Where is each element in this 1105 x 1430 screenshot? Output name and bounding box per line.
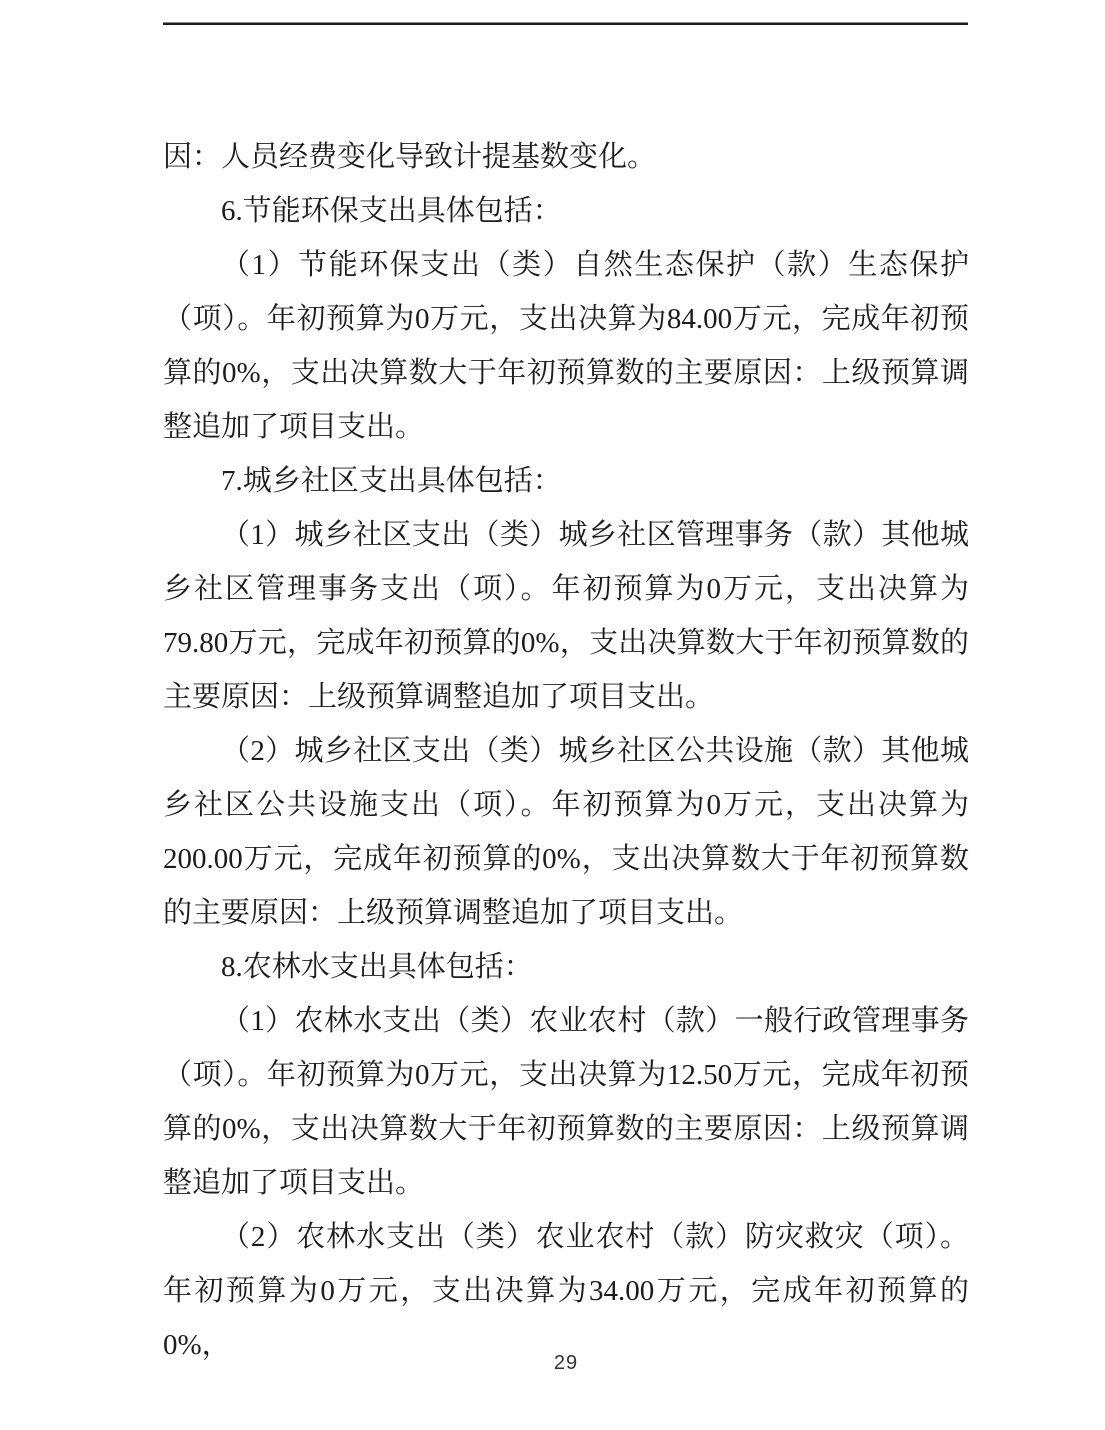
header-rule (163, 22, 968, 25)
paragraph: （2）城乡社区支出（类）城乡社区公共设施（款）其他城乡社区公共设施支出（项）。年… (163, 724, 969, 940)
paragraph: 7.城乡社区支出具体包括： (163, 454, 969, 508)
page-footer: 29 (163, 1352, 969, 1375)
page-number: 29 (554, 1352, 578, 1374)
paragraph: （1）城乡社区支出（类）城乡社区管理事务（款）其他城乡社区管理事务支出（项）。年… (163, 508, 969, 724)
document-body: 因：人员经费变化导致计提基数变化。6.节能环保支出具体包括：（1）节能环保支出（… (163, 130, 969, 1372)
paragraph: （1）农林水支出（类）农业农村（款）一般行政管理事务（项）。年初预算为0万元，支… (163, 994, 969, 1210)
document-page: 因：人员经费变化导致计提基数变化。6.节能环保支出具体包括：（1）节能环保支出（… (0, 0, 1105, 1430)
paragraph: 8.农林水支出具体包括： (163, 940, 969, 994)
paragraph: 6.节能环保支出具体包括： (163, 184, 969, 238)
paragraph: （1）节能环保支出（类）自然生态保护（款）生态保护（项）。年初预算为0万元，支出… (163, 238, 969, 454)
paragraph: 因：人员经费变化导致计提基数变化。 (163, 130, 969, 184)
paragraph: （2）农林水支出（类）农业农村（款）防灾救灾（项）。年初预算为0万元，支出决算为… (163, 1210, 969, 1372)
